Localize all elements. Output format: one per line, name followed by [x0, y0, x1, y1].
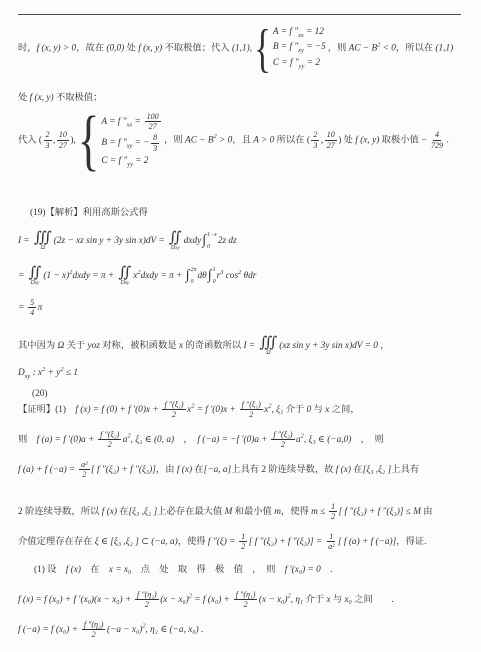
- integral-limits: 2π0: [190, 267, 196, 285]
- math-run: B = f ″: [101, 138, 126, 148]
- math-run: dθ: [198, 271, 207, 281]
- integral-domain-label: Dxy: [171, 245, 180, 251]
- math-run: f (x) = f (0) + f ′(0)x +: [75, 405, 161, 415]
- text-run: 上具有 2 阶连续导数，故: [231, 465, 336, 475]
- integral-limits: 1−x0: [207, 232, 217, 250]
- math-fraction: 1027: [57, 130, 69, 149]
- text-run: 其中因为: [18, 341, 58, 351]
- math-run: (2z − xz sin y + 3y sin x)dV =: [54, 236, 167, 246]
- math-run: (1,1): [435, 43, 453, 53]
- line-gauss-integral-2: = ∬Dxy(1 − x)2dxdy = π + ∬Dxyx2dxdy = π …: [18, 266, 473, 286]
- text-run: 所以在 (: [274, 135, 310, 145]
- integral-domain-label: Ω: [266, 350, 270, 356]
- integral-operator: ∫2π0: [186, 267, 197, 285]
- fraction-numerator: 10: [57, 130, 69, 140]
- fraction-numerator: f ″(ξ₁): [240, 400, 263, 410]
- cases-rows: A = f ″xx = 10027B = f ″xy = −83C = f ″y…: [101, 112, 162, 168]
- math-fraction: a²2: [79, 460, 89, 479]
- fraction-numerator: f ″(ξ₁): [162, 400, 185, 410]
- line-part1-setup: (1) 设 f (x) 在 x = x₀ 点 处 取 得 极 值 ， 则 f ′…: [18, 564, 473, 577]
- fraction-denominator: 2: [143, 600, 151, 609]
- integral-operator: ∬Dxy: [169, 231, 182, 251]
- fraction-numerator: 5: [28, 298, 36, 308]
- line-part1-fa: f (−a) = f (x₀) + f ″(η₂)2(−a − x₀)2, η₂…: [18, 620, 473, 639]
- math-run: f (a) = f ′(0)a +: [37, 435, 97, 445]
- fraction-numerator: f ″(η₁): [234, 590, 258, 600]
- text-run: 代入 (: [18, 135, 42, 145]
- math-run: dxdy = π +: [72, 271, 116, 281]
- math-run: f (−a) = −f ′(0)a +: [197, 435, 270, 445]
- cases-row: C = f ″yy = 2: [101, 155, 162, 168]
- line-gauss-result: = 54π: [18, 298, 473, 317]
- text-run: ),: [70, 135, 75, 145]
- text-run: 时，: [18, 43, 37, 53]
- cases-row: B = f ″xy = −5: [273, 41, 326, 54]
- cases-row: B = f ″xy = −83: [101, 133, 162, 152]
- math-run: , η₂ ∈ (−a, x₀): [146, 625, 199, 635]
- fraction-numerator: f ″(ξ₂): [98, 430, 121, 440]
- fraction-numerator: 1: [239, 532, 247, 542]
- text-run: ，且: [232, 135, 253, 145]
- math-run: f (x): [177, 465, 192, 475]
- text-run: 在: [192, 465, 204, 475]
- math-run: f (x): [336, 465, 351, 475]
- math-run: : x: [30, 368, 42, 378]
- text-run: 对称，被积函数是: [100, 341, 179, 351]
- math-run: [ f (a) + f (−a)]: [338, 537, 396, 547]
- text-run: 与: [311, 405, 325, 415]
- math-run: C = f ″: [273, 58, 299, 68]
- math-run: (xz sin y + 3y sin x)dV = 0: [279, 341, 378, 351]
- math-run: A = f ″: [101, 117, 126, 127]
- math-run: (−a − x₀): [107, 625, 142, 635]
- fraction-numerator: f ″(ξ₃): [271, 430, 294, 440]
- fraction-numerator: 4: [433, 130, 441, 140]
- text-run: ，: [378, 341, 390, 351]
- math-run: A = f ″: [273, 27, 298, 37]
- math-run: =: [132, 117, 143, 127]
- fraction-numerator: 2: [44, 130, 52, 140]
- fraction-denominator: 2: [279, 440, 287, 449]
- text-run: ，得证.: [396, 537, 426, 547]
- fraction-numerator: f ″(η₂): [82, 620, 106, 630]
- fraction-denominator: 2: [329, 512, 337, 521]
- line-case-2-3-10-27: 代入 (23,1027),{A = f ″xx = 10027B = f ″xy…: [18, 112, 473, 168]
- math-fraction: 1027: [325, 130, 337, 149]
- cases-brace-group: {A = f ″xx = 10027B = f ″xy = −83C = f ″…: [78, 112, 162, 168]
- math-run: (1,1),: [232, 43, 252, 53]
- integral-glyph: ∫: [186, 269, 190, 283]
- fraction-denominator: 27: [325, 141, 337, 150]
- cases-row: C = f ″yy = 2: [273, 57, 326, 70]
- math-run: (1 − x): [43, 271, 69, 281]
- math-run: AC − B: [185, 135, 213, 145]
- text-run: 介值定理存在存在: [18, 537, 95, 547]
- integral-domain-label: Ω: [41, 245, 45, 251]
- fraction-denominator: 27: [57, 141, 69, 150]
- integral-domain-label: Dxy: [120, 280, 129, 286]
- integral-glyph: ∭: [260, 336, 278, 351]
- math-fraction: 54: [28, 298, 36, 317]
- math-run: f (a) + f (−a) =: [18, 465, 78, 475]
- text-run: ，则: [164, 135, 185, 145]
- integral-domain-subscript: xy: [35, 281, 39, 286]
- fraction-numerator: 2: [311, 130, 319, 140]
- math-run: (x − x₀): [259, 595, 288, 605]
- text-run: 由: [421, 507, 433, 517]
- integral-operator: ∫10: [208, 267, 216, 285]
- integral-lower-limit: 0: [213, 279, 216, 285]
- integral-glyph: ∬: [169, 231, 182, 246]
- math-fraction: 23: [44, 130, 52, 149]
- math-run: = f ′(0)x +: [194, 405, 238, 415]
- math-fraction: f ″(η₁)2: [135, 590, 159, 609]
- integral-lower-limit: 0: [207, 244, 217, 250]
- fraction-denominator: 3: [151, 144, 159, 153]
- math-run: [ f ″(ξ₂) + f ″(ξ₃)]: [91, 465, 156, 475]
- text-run: (19)【解析】利用高斯公式得: [30, 208, 148, 218]
- math-run: f (x, y) > 0: [37, 43, 77, 53]
- math-run: < 0: [380, 43, 396, 53]
- line-domain: Dxy : x2 + y2 ≤ 1: [18, 367, 473, 380]
- line-case-1-1: 时，f (x, y) > 0，故在 (0,0) 处 f (x, y) 不取极值；…: [18, 26, 473, 70]
- math-run: AC − B: [349, 43, 377, 53]
- integral-limits: 10: [213, 267, 216, 285]
- line-proof-fa: 则 f (a) = f ′(0)a + f ″(ξ₂)2a2, ξ₂ ∈ (0,…: [18, 430, 473, 449]
- math-run: [ξ₃ ,ξ₂ ]: [363, 465, 392, 475]
- math-run: ξ ∈ [ξ₃ ,ξ₂ ] ⊂ (−a, a): [95, 537, 178, 547]
- integral-domain-subscript: xy: [125, 281, 129, 286]
- cases-rows: A = f ″xx = 12B = f ″xy = −5C = f ″yy = …: [273, 26, 326, 70]
- math-run: = 12: [304, 27, 324, 37]
- text-run: ,: [321, 135, 323, 145]
- math-run: = 2: [304, 58, 320, 68]
- fraction-denominator: 2: [242, 600, 250, 609]
- math-fraction: 10027: [145, 112, 161, 131]
- fraction-denominator: a²: [326, 542, 336, 551]
- text-run: 取极小值: [379, 135, 421, 145]
- text-run: ) 处: [338, 135, 355, 145]
- math-fraction: 83: [151, 133, 159, 152]
- fraction-denominator: 2: [90, 630, 98, 639]
- cases-row: A = f ″xx = 10027: [101, 112, 162, 131]
- math-run: D: [18, 368, 25, 378]
- text-run: 上必存在最大值: [157, 507, 224, 517]
- math-run: dxdy: [184, 236, 202, 246]
- integral-upper-limit: 2π: [190, 267, 196, 273]
- math-run: f (−a) = f (x₀) +: [18, 625, 80, 635]
- line-symmetry-note: 其中因为 Ω 关于 yoz 对称，被积函数是 x 的奇函数所以 I = ∭Ω(x…: [18, 336, 473, 356]
- cases-brace-group: {A = f ″xx = 12B = f ″xy = −5C = f ″yy =…: [254, 26, 326, 70]
- fraction-numerator: a²: [79, 460, 89, 470]
- fraction-denominator: 2: [247, 410, 255, 419]
- text-run: 关于: [64, 341, 87, 351]
- math-run: I =: [244, 341, 258, 351]
- integral-glyph: ∬: [29, 266, 42, 281]
- math-run: f (x): [102, 507, 117, 517]
- text-run: ，: [174, 435, 197, 445]
- text-run: 的奇函数所以: [183, 341, 243, 351]
- math-fraction: f ″(η₂)2: [82, 620, 106, 639]
- fraction-denominator: 3: [44, 141, 52, 150]
- math-run: =: [18, 303, 27, 313]
- math-run: −: [421, 135, 427, 145]
- math-run: m: [274, 507, 281, 517]
- line-part1-taylor: f (x) = f (x₀) + f ′(x₀)(x − x₀) + f ″(η…: [18, 590, 473, 609]
- math-run: m ≤: [311, 507, 327, 517]
- math-run: f (x, y): [30, 93, 54, 103]
- math-run: yoz: [88, 341, 100, 351]
- math-run: = 2: [133, 156, 149, 166]
- fraction-numerator: 100: [145, 112, 161, 122]
- left-brace: {: [254, 22, 271, 75]
- math-run: 2z dz: [218, 236, 237, 246]
- cases-row: A = f ″xx = 12: [273, 26, 326, 39]
- text-run: ，使得: [178, 537, 208, 547]
- fraction-denominator: 3: [311, 141, 319, 150]
- math-fraction: 12: [239, 532, 247, 551]
- math-run: B = f ″: [273, 42, 298, 52]
- math-fraction: f ″(ξ₃)2: [271, 430, 294, 449]
- math-fraction: f ″(ξ₁)2: [162, 400, 185, 419]
- integral-glyph: ∫: [202, 234, 206, 248]
- text-run: 不取极值；代入: [162, 43, 232, 53]
- math-fraction: 1a²: [326, 532, 336, 551]
- math-run: f ″(ξ) =: [208, 537, 238, 547]
- text-run: (20): [32, 389, 48, 399]
- fraction-numerator: f ″(η₁): [135, 590, 159, 600]
- text-run: 之间，: [329, 405, 359, 415]
- math-fraction: 4729: [429, 130, 445, 149]
- math-run: =: [18, 271, 27, 281]
- text-run: .: [321, 565, 333, 575]
- text-run: 处: [124, 43, 138, 53]
- math-run: = f (x₀) +: [192, 595, 232, 605]
- integral-upper-limit: 1−x: [207, 232, 217, 238]
- fraction-denominator: 2: [80, 470, 88, 479]
- fraction-denominator: 2: [239, 542, 247, 551]
- math-run: > 0: [217, 135, 233, 145]
- math-fraction: f ″(ξ₂)2: [98, 430, 121, 449]
- math-fraction: 23: [311, 130, 319, 149]
- fraction-denominator: 2: [170, 410, 178, 419]
- text-run: 上具有: [391, 465, 419, 475]
- fraction-denominator: 729: [429, 141, 445, 150]
- top-rule-divider: [18, 14, 461, 15]
- math-run: f ′(x₀) = 0: [285, 565, 321, 575]
- math-run: x = x₀: [109, 565, 131, 575]
- integral-operator: ∭Ω: [34, 231, 52, 251]
- text-run: 和最小值: [232, 507, 274, 517]
- integral-glyph: ∭: [34, 231, 52, 246]
- text-run: ，则: [328, 43, 349, 53]
- math-fraction: f ″(η₁)2: [234, 590, 258, 609]
- integral-upper-limit: 1: [213, 267, 216, 273]
- math-run: I =: [18, 236, 32, 246]
- text-run: ， 则: [351, 435, 384, 445]
- text-run: (1) 设: [34, 565, 66, 575]
- fraction-denominator: 2: [106, 440, 114, 449]
- math-run: = −5: [304, 42, 326, 52]
- text-run: 介于: [283, 405, 306, 415]
- text-run: ，所以在: [396, 43, 436, 53]
- text-run: 在: [351, 465, 363, 475]
- text-run: .: [199, 625, 204, 635]
- math-run: ≤ 1: [64, 368, 78, 378]
- math-run: A > 0: [253, 135, 274, 145]
- fraction-numerator: 8: [151, 133, 159, 143]
- text-run: 在: [117, 507, 129, 517]
- text-run: 处: [18, 93, 30, 103]
- text-run: ，使得: [281, 507, 311, 517]
- math-run: , η₁: [291, 595, 304, 605]
- text-run: ，故在: [76, 43, 106, 53]
- text-run: 与: [331, 595, 345, 605]
- fraction-numerator: 10: [325, 130, 337, 140]
- fraction-denominator: 27: [147, 122, 159, 131]
- math-run: θdr: [241, 271, 256, 281]
- line-proof-sum: f (a) + f (−a) = a²2[ f ″(ξ₂) + f ″(ξ₃)]…: [18, 460, 473, 479]
- fraction-numerator: 1: [329, 502, 337, 512]
- math-fraction: 12: [329, 502, 337, 521]
- text-run: .: [446, 135, 448, 145]
- math-run: f (x) = f (x₀) + f ′(x₀)(x − x₀) +: [18, 595, 134, 605]
- text-run: 点 处 取 得 极 值 ， 则: [131, 565, 284, 575]
- text-run: 【证明】(1): [18, 405, 75, 415]
- math-run: , ξ₁: [272, 405, 284, 415]
- integral-domain-label: Dxy: [31, 280, 40, 286]
- math-run: , ξ₂ ∈ (0, a): [131, 435, 175, 445]
- text-run: 在: [81, 565, 109, 575]
- math-run: [−a, a]: [204, 465, 231, 475]
- integral-lower-limit: 0: [190, 279, 196, 285]
- integral-operator: ∬Dxy: [119, 266, 132, 286]
- math-run: , ξ₃ ∈ (−a,0): [304, 435, 351, 445]
- text-run: 则: [18, 435, 37, 445]
- math-run: C = f ″: [101, 156, 127, 166]
- math-run: [ f ″(ξ₂) + f ″(ξ₃)] ≤ M: [339, 507, 421, 517]
- integral-glyph: ∫: [208, 269, 212, 283]
- math-run: x₀: [345, 595, 352, 605]
- math-run: f (x): [66, 565, 81, 575]
- math-fraction: f ″(ξ₁)2: [240, 400, 263, 419]
- line-19-header: (19)【解析】利用高斯公式得: [18, 207, 473, 220]
- line-proof-taylor-0: 【证明】(1) f (x) = f (0) + f ′(0)x + f ″(ξ₁…: [18, 400, 473, 419]
- integral-operator: ∭Ω: [260, 336, 278, 356]
- left-brace: {: [78, 106, 100, 174]
- line-proof-ivt: 介值定理存在存在 ξ ∈ [ξ₃ ,ξ₂ ] ⊂ (−a, a)，使得 f ″(…: [18, 532, 473, 551]
- fraction-numerator: 1: [327, 532, 335, 542]
- math-run: = −: [132, 138, 149, 148]
- integral-domain-subscript: xy: [175, 246, 179, 251]
- line-proof-maxmin: 2 阶连续导数，所以 f (x) 在[ξ₃ ,ξ₂ ]上必存在最大值 M 和最小…: [18, 502, 473, 521]
- math-run: (x − x₀): [160, 595, 189, 605]
- math-run: f (x, y): [355, 135, 379, 145]
- text-run: 2 阶连续导数，所以: [18, 507, 102, 517]
- math-run: [ξ₃ ,ξ₂ ]: [129, 507, 158, 517]
- integral-glyph: ∬: [119, 266, 132, 281]
- fraction-denominator: 4: [28, 308, 36, 317]
- integral-operator: ∫1−x0: [202, 232, 217, 250]
- line-gauss-integral-1: I = ∭Ω(2z − xz sin y + 3y sin x)dV = ∬Dx…: [18, 231, 473, 251]
- math-run: [ f ″(ξ₂) + f ″(ξ₃)] =: [249, 537, 325, 547]
- text-run: ,: [53, 135, 55, 145]
- math-run: π: [38, 303, 43, 313]
- math-run: (0,0): [106, 43, 124, 53]
- integral-operator: ∬Dxy: [29, 266, 42, 286]
- text-run: ，由: [156, 465, 177, 475]
- document-page: 时，f (x, y) > 0，故在 (0,0) 处 f (x, y) 不取极值；…: [0, 0, 481, 652]
- math-run: f (x, y): [138, 43, 162, 53]
- text-run: 介于: [303, 595, 326, 605]
- text-run: 之间 .: [352, 595, 394, 605]
- math-run: + y: [45, 368, 60, 378]
- math-run: cos: [223, 271, 238, 281]
- math-run: dxdy = π +: [141, 271, 185, 281]
